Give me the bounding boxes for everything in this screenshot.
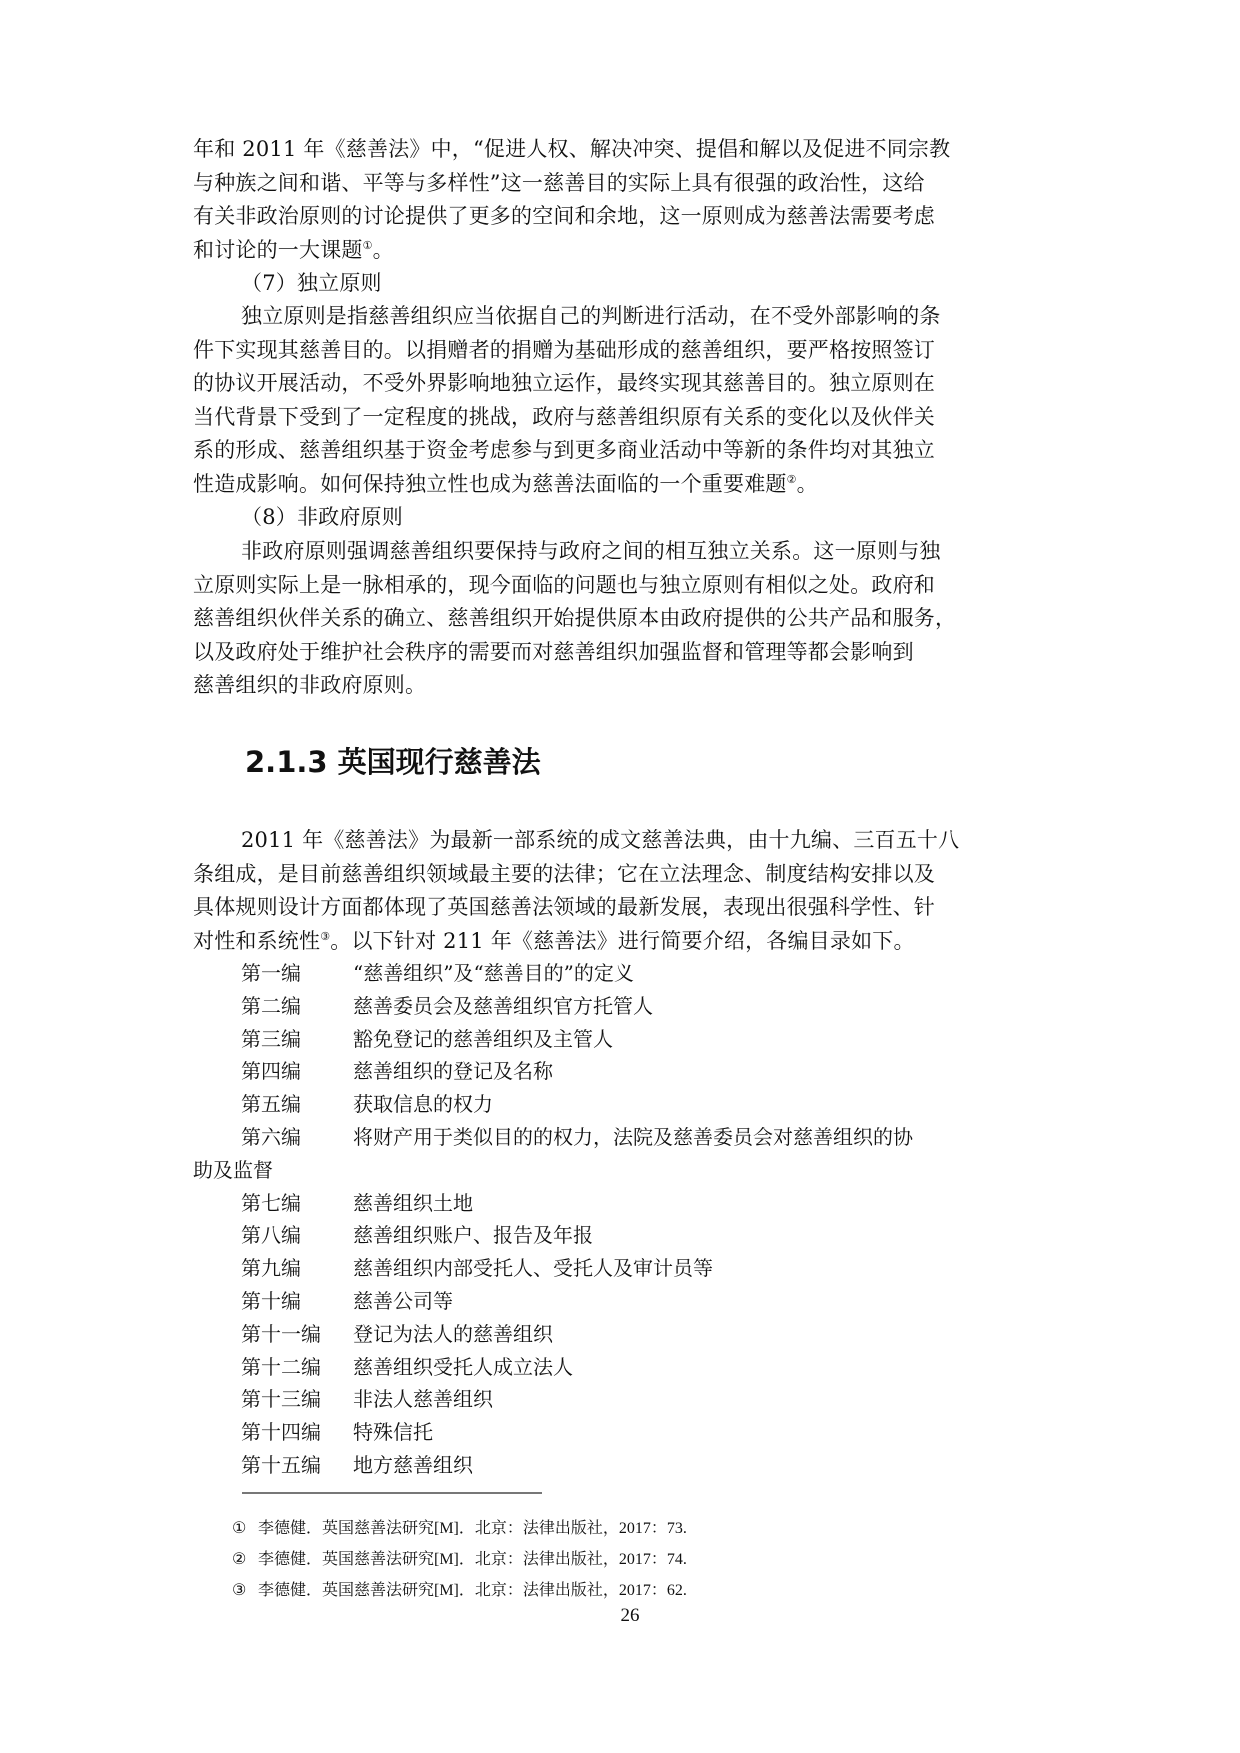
text-fragment: 。以下针对 211 年《慈善法》进行简要介绍，各编目录如下。 bbox=[330, 929, 914, 953]
paragraph-political-principle: 年和 2011 年《慈善法》中，“促进人权、解决冲突、提倡和解以及促进不同宗教 … bbox=[193, 133, 1055, 301]
list-item-continuation: 助及监督 bbox=[193, 1154, 1055, 1187]
list-item: 第十一编登记为法人的慈善组织 bbox=[193, 1318, 1055, 1351]
list-item: 第九编慈善组织内部受托人、受托人及审计员等 bbox=[193, 1252, 1055, 1285]
text-line: 条组成，是目前慈善组织领域最主要的法律；它在立法理念、制度结构安排以及 bbox=[193, 858, 1055, 892]
text-line: 有关非政治原则的讨论提供了更多的空间和余地，这一原则成为慈善法需要考虑 bbox=[193, 200, 1055, 234]
section-heading: 2.1.3 英国现行慈善法 bbox=[245, 740, 541, 781]
text-fragment: 。 bbox=[797, 472, 818, 496]
text-line: 的协议开展活动，不受外界影响地独立运作，最终实现其慈善目的。独立原则在 bbox=[193, 367, 1055, 401]
footnote-ref-3[interactable]: ③ bbox=[320, 930, 330, 943]
footnote-separator bbox=[242, 1492, 542, 1494]
list-item: 第一编“慈善组织”及“慈善目的”的定义 bbox=[193, 957, 1055, 990]
text-line: 当代背景下受到了一定程度的挑战，政府与慈善组织原有关系的变化以及伙伴关 bbox=[193, 401, 1055, 435]
text-line: 件下实现其慈善目的。以捐赠者的捐赠为基础形成的慈善组织，要严格按照签订 bbox=[193, 334, 1055, 368]
list-item: 第十编慈善公司等 bbox=[193, 1285, 1055, 1318]
footnotes: ①李德健．英国慈善法研究[M]．北京：法律出版社，2017：73. ②李德健．英… bbox=[232, 1513, 687, 1606]
footnote-3: ③李德健．英国慈善法研究[M]．北京：法律出版社，2017：62. bbox=[232, 1575, 687, 1606]
list-item: 第十三编非法人慈善组织 bbox=[193, 1383, 1055, 1416]
paragraph-independence-principle: 独立原则是指慈善组织应当依据自己的判断进行活动，在不受外部影响的条 件下实现其慈… bbox=[193, 300, 1055, 535]
text-line: 以及政府处于维护社会秩序的需要而对慈善组织加强监督和管理等都会影响到 bbox=[193, 636, 1055, 670]
list-item: 第八编慈善组织账户、报告及年报 bbox=[193, 1219, 1055, 1252]
footnote-2: ②李德健．英国慈善法研究[M]．北京：法律出版社，2017：74. bbox=[232, 1544, 687, 1575]
text-line: 慈善组织的非政府原则。 bbox=[193, 669, 1055, 703]
text-line: 非政府原则强调慈善组织要保持与政府之间的相互独立关系。这一原则与独 bbox=[193, 535, 1055, 569]
text-line: 2011 年《慈善法》为最新一部系统的成文慈善法典，由十九编、三百五十八 bbox=[193, 824, 1055, 858]
text-line: 独立原则是指慈善组织应当依据自己的判断进行活动，在不受外部影响的条 bbox=[193, 300, 1055, 334]
paragraph-non-government-principle: 非政府原则强调慈善组织要保持与政府之间的相互独立关系。这一原则与独 立原则实际上… bbox=[193, 535, 1055, 703]
paragraph-current-charity-law: 2011 年《慈善法》为最新一部系统的成文慈善法典，由十九编、三百五十八 条组成… bbox=[193, 824, 1055, 958]
text-line: 具体规则设计方面都体现了英国慈善法领域的最新发展，表现出很强科学性、针 bbox=[193, 891, 1055, 925]
text-fragment: 。 bbox=[373, 238, 394, 262]
text-line-last: 性造成影响。如何保持独立性也成为慈善法面临的一个重要难题②。 bbox=[193, 468, 1055, 502]
list-item: 第六编将财产用于类似目的的权力，法院及慈善委员会对慈善组织的协 bbox=[193, 1121, 1055, 1154]
footnote-1: ①李德健．英国慈善法研究[M]．北京：法律出版社，2017：73. bbox=[232, 1513, 687, 1544]
parts-list: 第一编“慈善组织”及“慈善目的”的定义 第二编慈善委员会及慈善组织官方托管人 第… bbox=[193, 957, 1055, 1482]
list-item: 第四编慈善组织的登记及名称 bbox=[193, 1055, 1055, 1088]
list-item: 第十五编地方慈善组织 bbox=[193, 1449, 1055, 1482]
subsection-title-7: （7）独立原则 bbox=[193, 267, 1055, 301]
text-line-last: 和讨论的一大课题①。 bbox=[193, 234, 1055, 268]
page-number: 26 bbox=[600, 1605, 660, 1627]
list-item: 第七编慈善组织土地 bbox=[193, 1187, 1055, 1220]
text-line: 年和 2011 年《慈善法》中，“促进人权、解决冲突、提倡和解以及促进不同宗教 bbox=[193, 133, 1055, 167]
text-line: 慈善组织伙伴关系的确立、慈善组织开始提供原本由政府提供的公共产品和服务， bbox=[193, 602, 1055, 636]
document-page: 年和 2011 年《慈善法》中，“促进人权、解决冲突、提倡和解以及促进不同宗教 … bbox=[0, 0, 1240, 1753]
text-line: 与种族之间和谐、平等与多样性”这一慈善目的实际上具有很强的政治性，这给 bbox=[193, 167, 1055, 201]
list-item: 第二编慈善委员会及慈善组织官方托管人 bbox=[193, 990, 1055, 1023]
subsection-title-8: （8）非政府原则 bbox=[193, 501, 1055, 535]
text-fragment: 性造成影响。如何保持独立性也成为慈善法面临的一个重要难题 bbox=[193, 472, 787, 496]
footnote-ref-2[interactable]: ② bbox=[787, 473, 797, 486]
list-item: 第十二编慈善组织受托人成立法人 bbox=[193, 1351, 1055, 1384]
text-line: 系的形成、慈善组织基于资金考虑参与到更多商业活动中等新的条件均对其独立 bbox=[193, 434, 1055, 468]
list-item: 第三编豁免登记的慈善组织及主管人 bbox=[193, 1023, 1055, 1056]
list-item: 第五编获取信息的权力 bbox=[193, 1088, 1055, 1121]
text-line: 立原则实际上是一脉相承的，现今面临的问题也与独立原则有相似之处。政府和 bbox=[193, 569, 1055, 603]
text-line-last: 对性和系统性③。以下针对 211 年《慈善法》进行简要介绍，各编目录如下。 bbox=[193, 925, 1055, 959]
list-item: 第十四编特殊信托 bbox=[193, 1416, 1055, 1449]
text-fragment: 对性和系统性 bbox=[193, 929, 320, 953]
footnote-ref-1[interactable]: ① bbox=[363, 239, 373, 252]
text-fragment: 和讨论的一大课题 bbox=[193, 238, 363, 262]
